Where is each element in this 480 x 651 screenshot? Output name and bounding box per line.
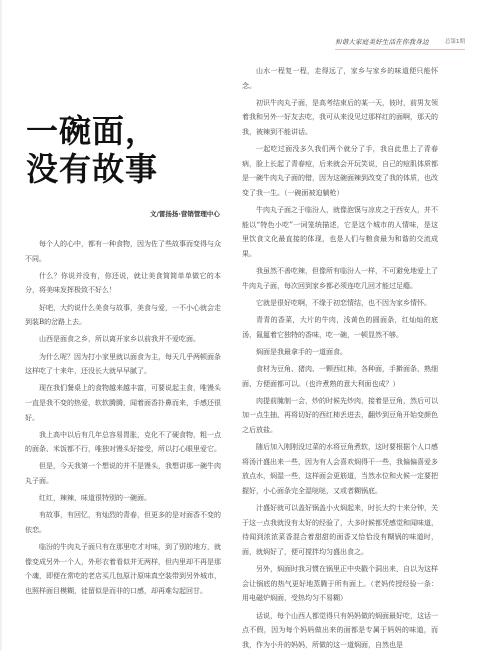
issue-number: 总第1期 xyxy=(445,37,465,45)
paragraph: 我虽然不善吃辣，但像所有临汾人一样，不可避免地爱上了牛肉丸子面，每次回到家乡都必… xyxy=(242,264,438,293)
paragraph: 它就是很好吃啊，不缘于初恋情结，也不因为家乡情怀。 xyxy=(242,296,438,311)
paragraph: 我上高中以后有几年总容易胃胀，克化不了硬食物，粗一点的面条、米饭都不行，唯独对馒… xyxy=(25,428,221,457)
paragraph: 话说，每个山西人都觉得只有妈妈做的焖面最好吃，这话一点不假，因为每个妈妈做出来的… xyxy=(242,609,438,651)
paragraph: 食材为豆角、猪肉、一颗西红柿，各种面，手擀面条、熟细面、方便面都可以。（也许煮熟… xyxy=(242,362,438,391)
paragraph: 焖面是我最拿手的一道面食。 xyxy=(242,345,438,360)
paragraph: 山水一程复一程，走得远了，家乡与家乡的味道便只能怀念。 xyxy=(242,64,438,93)
paragraph: 每个人的心中，都有一种食物，因为佐了些故事而变得与众不同。 xyxy=(25,237,221,266)
paragraph: 为什么呢？因为打小家里就以面食为主，每天几乎两顿面条这样吃了十来年，还没长大就早… xyxy=(25,350,221,379)
header-rule xyxy=(335,49,465,50)
running-header: 和谐大家庭美好生活在你我身边 总第1期 xyxy=(335,34,465,48)
masthead: 和谐大家庭美好生活在你我身边 xyxy=(335,37,429,46)
paragraph: 红红，辣辣，味道很特别的一碗面。 xyxy=(25,491,221,506)
paragraph: 初识牛肉丸子面，是高考结束后的某一天，彼时，前男友领着我和另外一好友去吃，我可从… xyxy=(242,96,438,140)
left-column: 每个人的心中，都有一种食物，因为佐了些故事而变得与众不同。 什么？你说并没有，你… xyxy=(25,237,221,601)
paragraph: 随后加入刚刚没过菜的水将豆角煮软，这时要根据个人口感将汤汁盛出来一些，因为有人会… xyxy=(242,440,438,498)
paragraph: 肉提前腌制一会，炒的时候先炒肉，接着是豆角，然后可以加一点生抽，再将切好的西红柿… xyxy=(242,394,438,438)
article-title: 一碗面， 没有故事 xyxy=(26,112,226,188)
title-line-2: 没有故事 xyxy=(26,150,226,188)
paragraph: 一起吃过面没多久我们两个就分了手，我自此患上了青春病，脸上长起了青春痘，后来就会… xyxy=(242,142,438,200)
paragraph: 汁盛好就可以盖好锅盖小火焖起来，时长大约十来分钟，关于这一点我就没有太好的经验了… xyxy=(242,501,438,559)
byline: 文/雷扬扬·营销管理中心 xyxy=(150,209,220,218)
paragraph: 有故事，有回忆，有灿烈的青春，但更多的是对面香不变的依恋。 xyxy=(25,508,221,537)
paragraph: 青青的香菜，大片的牛肉，浅黄色的圆面条，红灿灿的底汤，氤氲着它独特的香味，吃一碗… xyxy=(242,313,438,342)
paragraph: 什么？你说并没有，你还说，就让美食简简单单做它的本分，将美味发挥极致不好么！ xyxy=(25,269,221,298)
page-gutter-shadow xyxy=(0,0,3,651)
paragraph: 另外，焖面时我习惯在锅里正中央戳个洞出来，自以为这样会让锅底的热气更好地蒸腾于所… xyxy=(242,562,438,606)
paragraph: 好吧，大约说什么美食与故事，美食与爱，一不小心就会走到装B的岔路上去。 xyxy=(25,301,221,330)
paragraph: 现在我们餐桌上的食物越来越丰富，可要说起主食，唯馒头一直是我不变的热爱，软软腾腾… xyxy=(25,381,221,425)
paragraph: 临汾的牛肉丸子面只有在那里吃才对味，到了别的地方，就像变成另外一个人，外形衣着看… xyxy=(25,540,221,598)
right-column: 山水一程复一程，走得远了，家乡与家乡的味道便只能怀念。 初识牛肉丸子面，是高考结… xyxy=(242,64,438,651)
paragraph: 山西是面食之乡，所以离开家乡以前我并不爱吃面。 xyxy=(25,332,221,347)
title-line-1: 一碗面， xyxy=(26,112,226,150)
paragraph: 牛肉丸子面之于临汾人，就像泡馍与凉皮之于西安人，并不能以“特色小吃”一词笼统描述… xyxy=(242,203,438,261)
paragraph: 但是，今天我第一个想说的并不是馒头，我想讲那一碗牛肉丸子面。 xyxy=(25,459,221,488)
